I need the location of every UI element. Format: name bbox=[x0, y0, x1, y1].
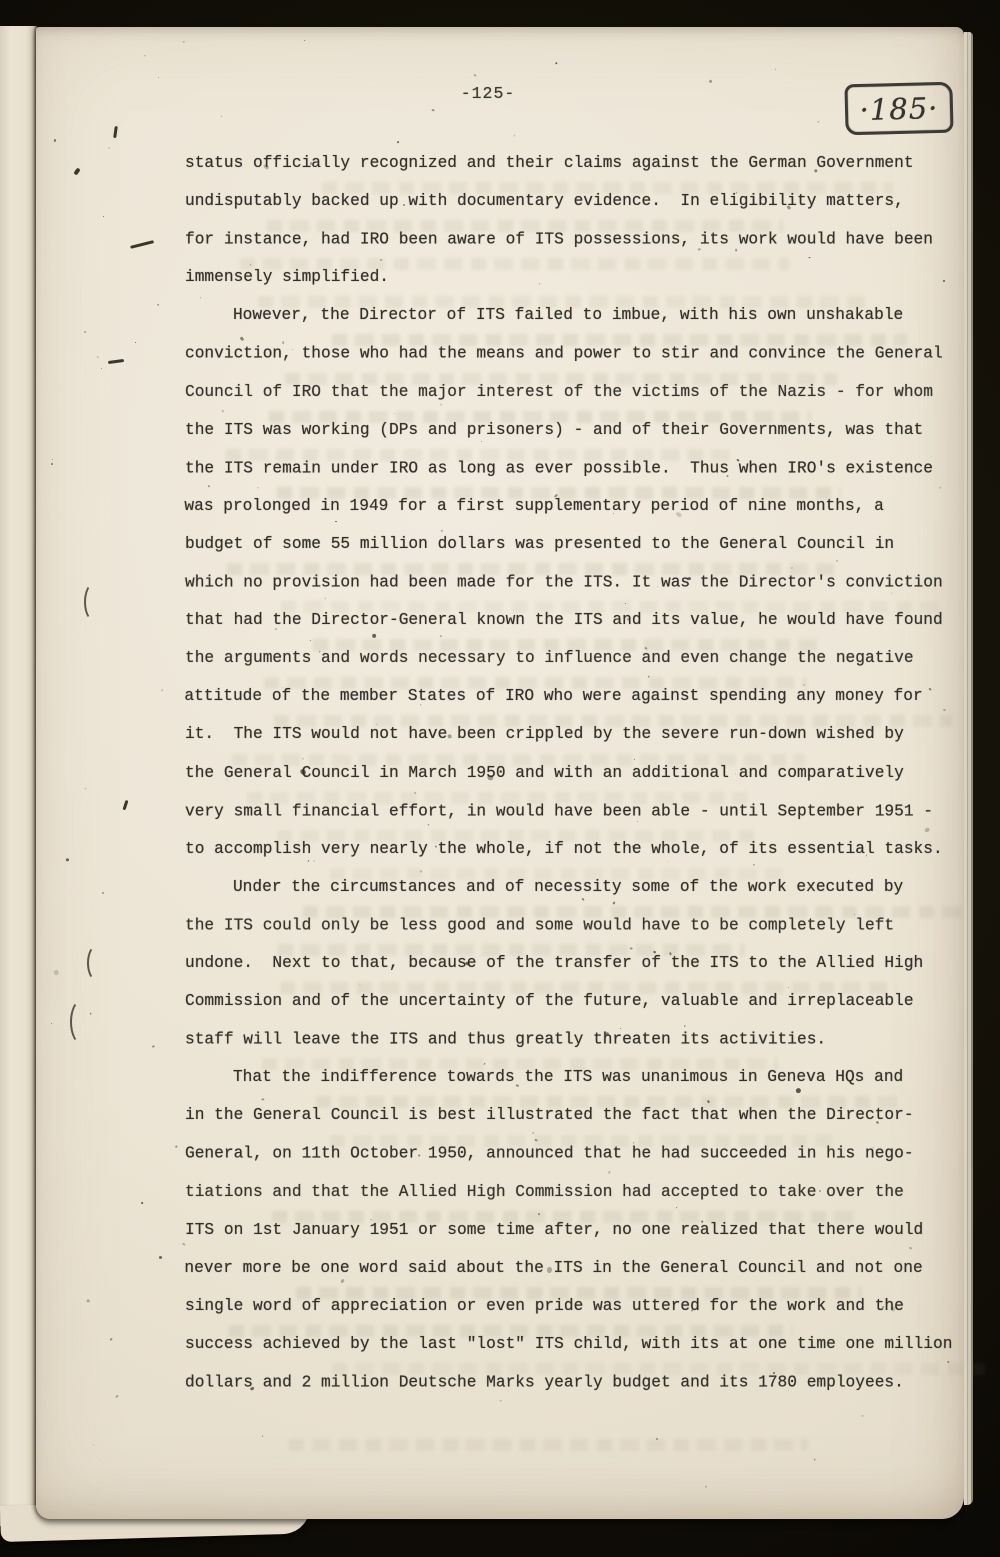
scanned-document-background: -125- ·185· status officially recognized… bbox=[0, 0, 1000, 1557]
typed-line: dollars and 2 million Deutsche Marks yea… bbox=[185, 1364, 975, 1402]
dust-speck bbox=[144, 55, 146, 57]
dust-speck bbox=[141, 1201, 144, 1204]
typed-line: the arguments and words necessary to inf… bbox=[185, 639, 975, 677]
document-page: -125- ·185· status officially recognized… bbox=[36, 27, 964, 1519]
stamp-number: ·185· bbox=[859, 91, 939, 127]
dust-speck bbox=[90, 1013, 91, 1015]
dust-speck bbox=[397, 140, 400, 143]
typed-line: Under the circumstances and of necessity… bbox=[184, 868, 974, 906]
typed-line: single word of appreciation or even prid… bbox=[185, 1287, 975, 1325]
dust-speck bbox=[862, 1415, 864, 1417]
crescent-mark bbox=[84, 583, 103, 621]
dust-speck bbox=[102, 892, 105, 894]
dust-speck bbox=[92, 1443, 94, 1445]
typed-line: ITS on 1st January 1951 or some time aft… bbox=[185, 1211, 975, 1249]
typed-text: status officially recognized and their c… bbox=[185, 144, 975, 1401]
typed-line: However, the Director of ITS failed to i… bbox=[184, 296, 974, 334]
dust-speck bbox=[775, 69, 776, 70]
dust-speck bbox=[473, 74, 477, 77]
dust-speck bbox=[51, 463, 53, 465]
typed-line: attitude of the member States of IRO who… bbox=[184, 677, 974, 715]
dust-speck bbox=[814, 1459, 816, 1461]
typed-line: the ITS remain under IRO as long as ever… bbox=[185, 449, 975, 487]
pen-stroke bbox=[130, 240, 154, 248]
dust-speck bbox=[107, 147, 109, 149]
dust-speck bbox=[52, 459, 53, 460]
dust-speck bbox=[97, 356, 99, 358]
dust-speck bbox=[513, 135, 515, 137]
dust-speck bbox=[84, 787, 87, 790]
dust-speck bbox=[53, 969, 59, 975]
dust-speck bbox=[304, 40, 306, 42]
typed-line: tiations and that the Allied High Commis… bbox=[185, 1173, 975, 1211]
typed-line: the ITS could only be less good and some… bbox=[185, 906, 975, 944]
crescent-mark bbox=[70, 999, 94, 1045]
typed-line: it. The ITS would not have been crippled… bbox=[185, 715, 975, 753]
dust-speck bbox=[146, 242, 148, 245]
dust-speck bbox=[151, 1045, 155, 1048]
typed-line: that had the Director-General known the … bbox=[185, 601, 975, 639]
dust-speck bbox=[135, 342, 136, 343]
pen-stroke bbox=[73, 167, 80, 175]
dust-speck bbox=[65, 858, 69, 861]
typed-line: That the indifference towards the ITS wa… bbox=[184, 1058, 974, 1096]
typed-line: never more be one word said about the IT… bbox=[184, 1249, 974, 1287]
dust-speck bbox=[86, 1299, 90, 1303]
dust-speck bbox=[221, 116, 222, 117]
book-binding-edge bbox=[0, 26, 37, 1526]
pen-stroke bbox=[123, 800, 128, 810]
typed-line: to accomplish very nearly the whole, if … bbox=[185, 830, 975, 868]
typed-line: which no provision had been made for the… bbox=[185, 564, 975, 602]
typed-line: undone. Next to that, because of the tra… bbox=[185, 944, 975, 982]
bleedthrough-row bbox=[289, 1439, 809, 1451]
page-number: -125- bbox=[24, 84, 952, 103]
dust-speck bbox=[109, 1338, 112, 1341]
dust-speck bbox=[103, 216, 104, 217]
dust-speck bbox=[101, 368, 102, 369]
typed-line: budget of some 55 million dollars was pr… bbox=[185, 525, 975, 563]
typed-line: Commission and of the uncertainty of the… bbox=[185, 982, 975, 1020]
dust-speck bbox=[656, 1438, 658, 1440]
dust-speck bbox=[53, 139, 55, 142]
dust-speck bbox=[158, 77, 159, 78]
typed-line: conviction, those who had the means and … bbox=[185, 335, 975, 373]
typed-line: Council of IRO that the major interest o… bbox=[185, 373, 975, 411]
dust-speck bbox=[705, 1486, 707, 1488]
typed-line: very small financial effort, in would ha… bbox=[185, 792, 975, 830]
typed-line: the General Council in March 1950 and wi… bbox=[185, 754, 975, 792]
dust-speck bbox=[175, 1146, 177, 1148]
typed-line: General, on 11th October 1950, announced… bbox=[185, 1135, 975, 1173]
dust-speck bbox=[157, 304, 159, 306]
stamp-box: ·185· bbox=[844, 82, 953, 136]
typed-line: success achieved by the last "lost" ITS … bbox=[185, 1325, 975, 1363]
dust-speck bbox=[183, 41, 185, 43]
dust-speck bbox=[115, 1394, 119, 1398]
dust-speck bbox=[432, 109, 435, 112]
crescent-mark bbox=[87, 945, 106, 981]
typed-line: staff will leave the ITS and thus greatl… bbox=[185, 1021, 975, 1059]
typed-line: the ITS was working (DPs and prisoners) … bbox=[185, 411, 975, 449]
dust-speck bbox=[161, 688, 164, 691]
dust-speck bbox=[818, 121, 820, 123]
dust-speck bbox=[262, 1436, 263, 1437]
dust-speck bbox=[84, 331, 87, 334]
typed-line: undisputably backed up with documentary … bbox=[185, 182, 975, 220]
dust-speck bbox=[555, 62, 558, 65]
pen-stroke bbox=[113, 126, 117, 138]
dust-speck bbox=[50, 1023, 51, 1024]
typed-line: was prolonged in 1949 for a first supple… bbox=[184, 487, 974, 525]
typed-line: in the General Council is best illustrat… bbox=[185, 1096, 975, 1134]
typed-line: immensely simplified. bbox=[185, 258, 975, 296]
typed-line: status officially recognized and their c… bbox=[185, 144, 975, 182]
typed-line: for instance, had IRO been aware of ITS … bbox=[185, 221, 975, 259]
pen-stroke bbox=[108, 359, 124, 364]
dust-speck bbox=[159, 1255, 163, 1259]
